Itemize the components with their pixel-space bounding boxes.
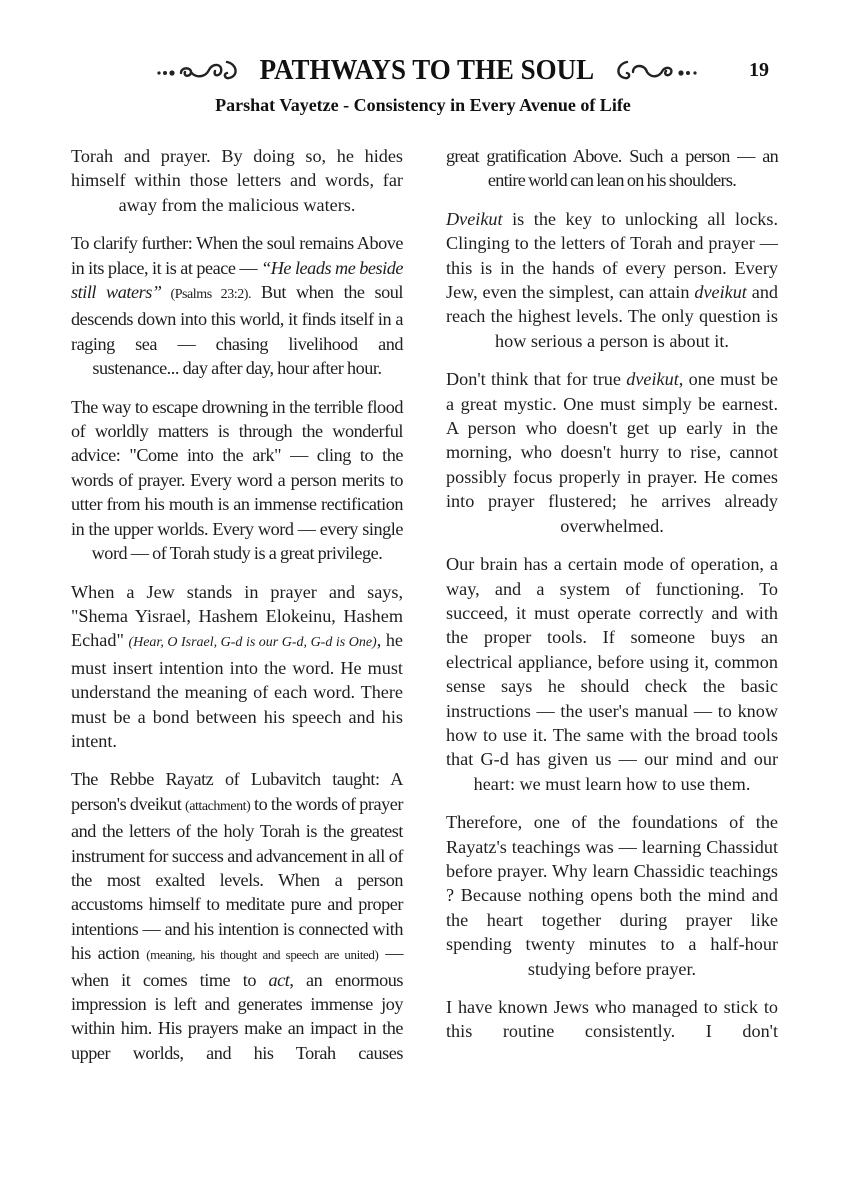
paragraph: Don't think that for true dveikut, one m… <box>446 367 778 538</box>
paragraph: Therefore, one of the foundations of the… <box>446 810 778 981</box>
emphasis: dveikut <box>694 282 747 302</box>
ornamental-flourish-left-icon <box>155 58 243 82</box>
emphasis: dveikut <box>626 369 679 389</box>
gloss: (attachment) <box>185 799 250 814</box>
paragraph: Our brain has a certain mode of operatio… <box>446 552 778 796</box>
paragraph-text: Don't think that for true <box>446 369 626 389</box>
left-column: Torah and prayer. By doing so, he hides … <box>71 144 403 1079</box>
header-title-group: PATHWAYS TO THE SOUL <box>132 50 722 90</box>
ornamental-flourish-right-icon <box>611 58 699 82</box>
translation: (Hear, O Israel, G-d is our G-d, G-d is … <box>128 635 376 650</box>
paragraph: I have known Jews who managed to stick t… <box>446 995 778 1044</box>
emphasis: act <box>269 970 290 990</box>
emphasis: Dveikut <box>446 209 503 229</box>
paragraph-text: to the words of prayer and the letters o… <box>71 794 403 963</box>
paragraph: great gratification Above. Such a person… <box>446 144 778 193</box>
paragraph: The way to escape drowning in the terrib… <box>71 395 403 566</box>
paragraph: The Rebbe Rayatz of Lubavitch taught: A … <box>71 767 403 1065</box>
paragraph-text: , one must be a great mystic. One must s… <box>446 369 778 535</box>
citation: (Psalms 23:2). <box>162 287 251 302</box>
paragraph: Dveikut is the key to unlocking all lock… <box>446 207 778 353</box>
paragraph: Torah and prayer. By doing so, he hides … <box>71 144 403 217</box>
chapter-subtitle: Parshat Vayetze - Consistency in Every A… <box>0 95 846 116</box>
book-title: PATHWAYS TO THE SOUL <box>260 54 595 87</box>
running-header: PATHWAYS TO THE SOUL 19 <box>0 50 846 90</box>
right-column: great gratification Above. Such a person… <box>446 144 778 1058</box>
page-number: 19 <box>749 59 769 82</box>
gloss: (meaning, his thought and speech are uni… <box>146 947 378 962</box>
paragraph: To clarify further: When the soul remain… <box>71 231 403 380</box>
paragraph: When a Jew stands in prayer and says, "S… <box>71 580 403 754</box>
